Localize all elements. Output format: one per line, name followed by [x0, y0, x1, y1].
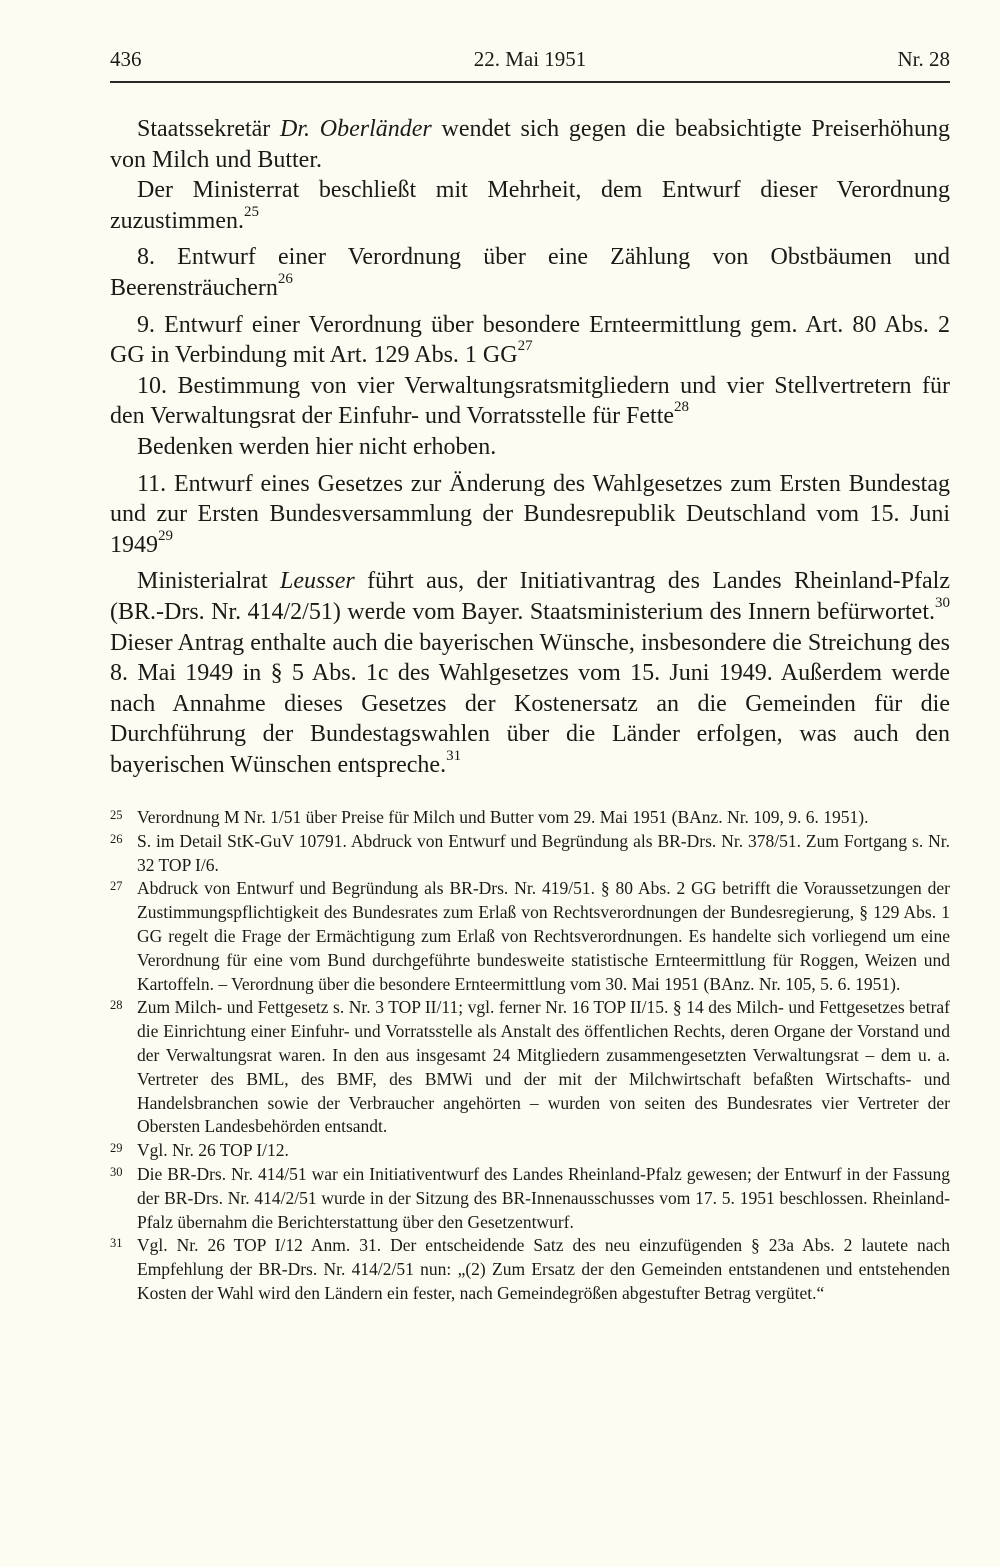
header-rule [110, 81, 950, 83]
footnote-number: 28 [110, 994, 123, 1018]
footnote-ref[interactable]: 26 [278, 271, 293, 287]
footnote-number: 25 [110, 804, 123, 828]
footnote-ref[interactable]: 25 [244, 204, 259, 220]
header-date: 22. Mai 1951 [110, 47, 950, 72]
person-name: Dr. Oberländer [280, 116, 432, 142]
footnote-number: 30 [110, 1161, 123, 1185]
agenda-item-11: 11. Entwurf eines Gesetzes zur Änderung … [110, 469, 950, 561]
footnote-number: 26 [110, 828, 123, 852]
paragraph-no-objections: Bedenken werden hier nicht erhoben. [110, 432, 950, 463]
footnote-27: 27Abdruck von Entwurf und Begründung als… [110, 877, 950, 996]
paragraph-resolution: Der Ministerrat beschließt mit Mehrheit,… [110, 175, 950, 236]
footnote-number: 31 [110, 1232, 123, 1256]
footnote-ref[interactable]: 27 [518, 338, 533, 354]
footnote-number: 29 [110, 1137, 123, 1161]
agenda-item-9: 9. Entwurf einer Verordnung über besonde… [110, 310, 950, 371]
person-name: Leusser [280, 568, 355, 594]
paragraph-oberlaender: Staatssekretär Dr. Oberländer wendet sic… [110, 114, 950, 175]
header-issue-number: Nr. 28 [898, 47, 951, 72]
footnote-25: 25Verordnung M Nr. 1/51 über Preise für … [110, 806, 950, 830]
footnote-29: 29Vgl. Nr. 26 TOP I/12. [110, 1139, 950, 1163]
footnote-ref[interactable]: 29 [158, 528, 173, 544]
footnote-26: 26S. im Detail StK-GuV 10791. Abdruck vo… [110, 830, 950, 878]
footnote-ref[interactable]: 31 [446, 748, 461, 764]
running-header: 436 22. Mai 1951 Nr. 28 [110, 47, 950, 77]
footnote-31: 31Vgl. Nr. 26 TOP I/12 Anm. 31. Der ents… [110, 1234, 950, 1305]
footnotes: 25Verordnung M Nr. 1/51 über Preise für … [110, 806, 950, 1306]
footnote-ref[interactable]: 28 [674, 399, 689, 415]
agenda-item-8: 8. Entwurf einer Verordnung über eine Zä… [110, 242, 950, 303]
footnote-28: 28Zum Milch- und Fettgesetz s. Nr. 3 TOP… [110, 996, 950, 1139]
footnote-number: 27 [110, 875, 123, 899]
footnote-30: 30Die BR-Drs. Nr. 414/51 war ein Initiat… [110, 1163, 950, 1234]
agenda-item-10: 10. Bestimmung von vier Verwaltungsratsm… [110, 371, 950, 432]
paragraph-leusser: Ministerialrat Leusser führt aus, der In… [110, 566, 950, 780]
main-text: Staatssekretär Dr. Oberländer wendet sic… [110, 114, 950, 780]
footnote-ref[interactable]: 30 [935, 595, 950, 611]
